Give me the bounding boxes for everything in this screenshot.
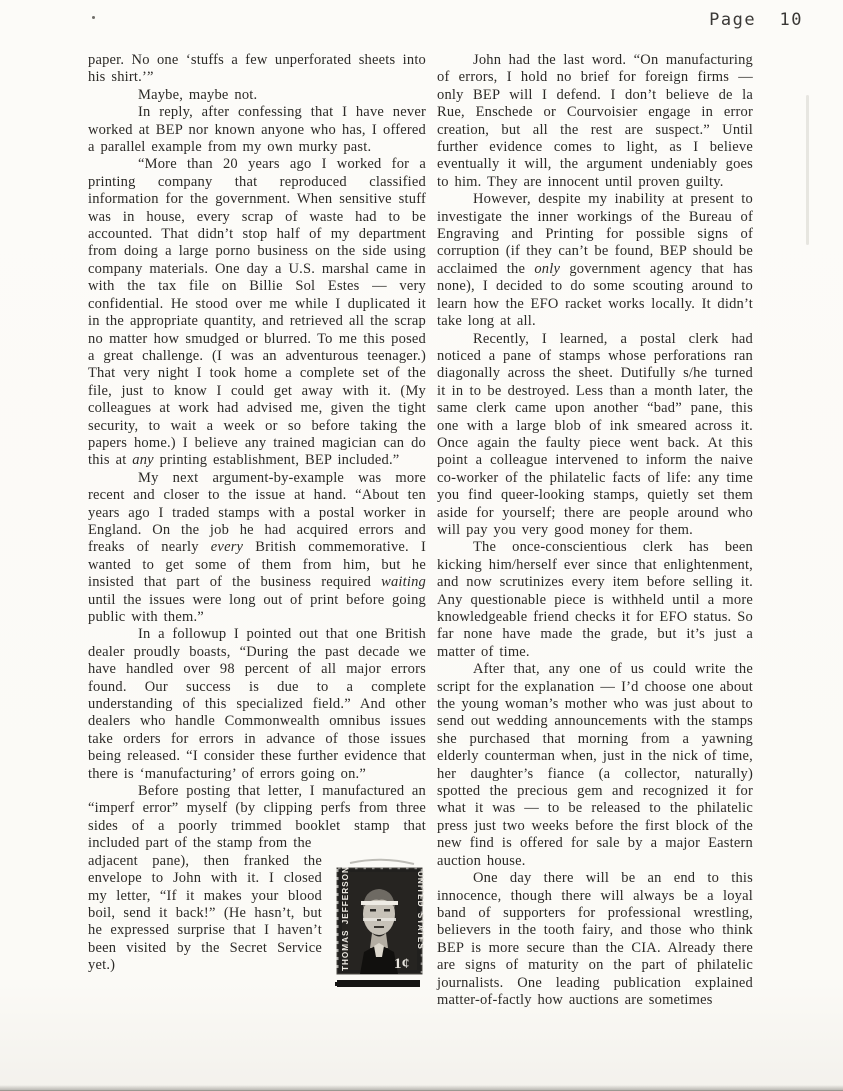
jefferson-stamp-image: THOMAS JEFFERSON UNITED STATES 1¢ xyxy=(334,856,426,990)
paragraph: paper. No one ‘stuffs a few unperforated… xyxy=(88,52,426,87)
left-column: paper. No one ‘stuffs a few unperforated… xyxy=(88,52,426,992)
paragraph: However, despite my inability at present… xyxy=(437,191,753,330)
paragraph: In a followup I pointed out that one Bri… xyxy=(88,626,426,783)
paragraph: My next argument-by-example was more rec… xyxy=(88,470,426,627)
stamp-denomination: 1¢ xyxy=(394,956,409,972)
paragraph: Maybe, maybe not. xyxy=(88,87,426,104)
paragraph: In reply, after confessing that I have n… xyxy=(88,104,426,156)
pen-scribble-mark xyxy=(350,859,414,863)
paragraph: Recently, I learned, a postal clerk had … xyxy=(437,331,753,540)
scanned-document-page: Page 10 paper. No one ‘stuffs a few unpe… xyxy=(0,0,843,1091)
scan-streak xyxy=(806,95,809,245)
paragraph: John had the last word. “On manufacturin… xyxy=(437,52,753,191)
paragraph: After that, any one of us could write th… xyxy=(437,661,753,870)
scan-speck xyxy=(92,16,95,19)
scan-bottom-edge xyxy=(0,1085,843,1091)
stamp-country-label: UNITED STATES xyxy=(416,871,425,950)
paragraph: One day there will be an end to this inn… xyxy=(437,870,753,1009)
page-number: Page 10 xyxy=(709,10,803,30)
right-column: John had the last word. “On manufacturin… xyxy=(437,52,753,1009)
paragraph: Before posting that letter, I manufactur… xyxy=(88,783,426,853)
stamp-graphic: THOMAS JEFFERSON UNITED STATES 1¢ xyxy=(334,856,426,990)
paragraph: “More than 20 years ago I worked for a p… xyxy=(88,156,426,469)
paragraph: The once-conscientious clerk has been ki… xyxy=(437,539,753,661)
photocopy-bar xyxy=(337,980,420,987)
stamp-name-label: THOMAS JEFFERSON xyxy=(341,866,350,971)
photocopy-bar-edge xyxy=(335,982,339,986)
stamp-text-wrap: THOMAS JEFFERSON UNITED STATES 1¢ adjace… xyxy=(88,853,426,975)
